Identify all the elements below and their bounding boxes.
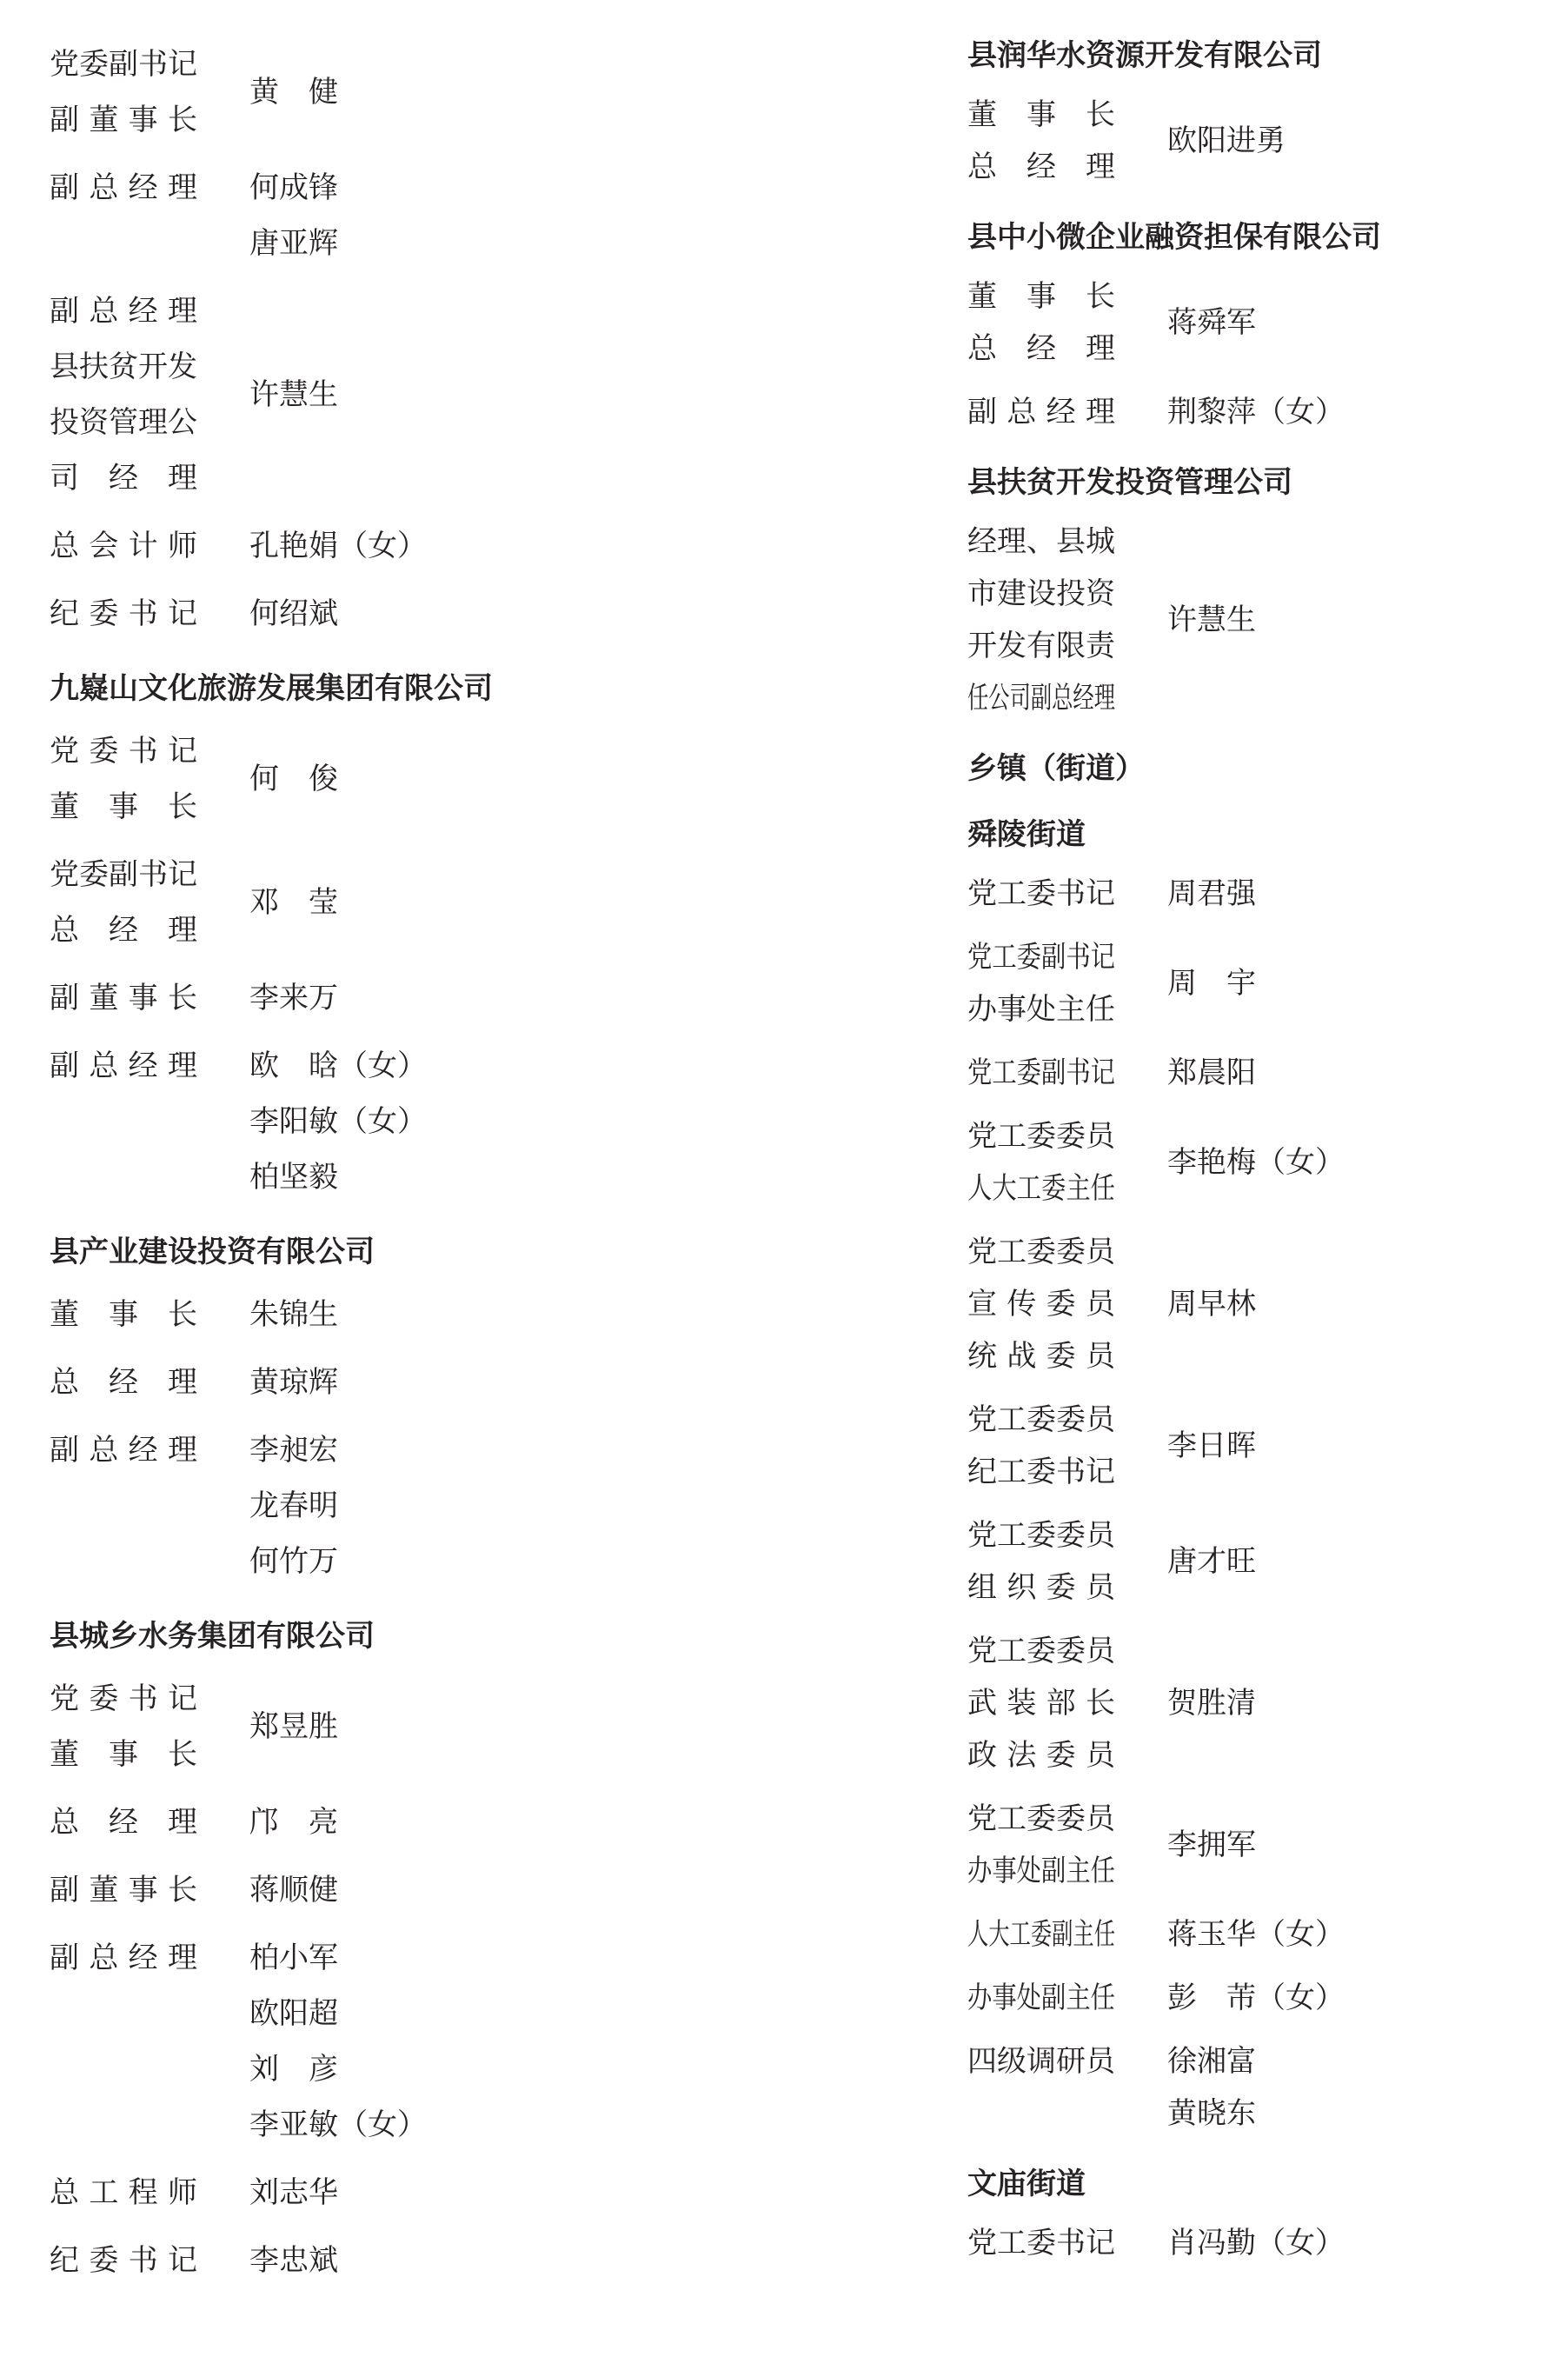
label-char: 长 [1086,90,1115,133]
label-char: 委 [1046,1731,1076,1774]
label-char: 委 [1027,1112,1056,1155]
person-names: 刘志华 [249,2161,606,2217]
position-label-line: 副总经理 [50,1035,197,1090]
position-label-line: 统战委员 [967,1327,1115,1379]
directory-entry: 总会计师孔艳娟（女） [50,515,606,570]
position-label: 董事长总经理 [967,267,1115,371]
label-char: 总 [89,163,118,206]
label-char: 长 [168,974,197,1016]
label-char: 市 [967,569,997,612]
label-char: 经 [1046,388,1076,430]
label-char: 纪 [50,2236,79,2279]
label-char: 工 [997,1511,1027,1554]
label-char: 委 [1027,869,1056,912]
label-char: 党 [967,1228,997,1270]
position-label: 纪委书记 [50,2229,197,2285]
position-label-line: 副董事长 [50,967,197,1022]
label-char: 委 [1056,1228,1086,1270]
label-char: 理 [1086,324,1115,367]
label-char: 总 [967,143,997,185]
label-char: 委 [79,40,109,83]
label-char: 董 [89,96,118,138]
person-name: 李忠斌 [249,2229,606,2285]
person-name: 黄晓东 [1167,2084,1541,2136]
section-header: 乡镇（街道） [967,732,1541,798]
directory-entry: 董事长总经理欧阳进勇 [967,85,1541,190]
label-char: 贫 [109,343,138,385]
label-char: 书 [1056,2219,1086,2261]
label-char: 员 [1086,1332,1115,1375]
person-name: 李亚敏（女） [249,2094,606,2149]
label-char: 委 [1056,1112,1086,1155]
label-char: 统 [967,1332,997,1375]
label-char: 委 [1056,1395,1086,1438]
person-names: 何 俊 [249,748,606,803]
label-char: 副 [109,40,138,83]
label-char: 员 [1086,1563,1115,1606]
label-char: 总 [50,522,79,564]
label-char: 任 [967,674,988,716]
person-names: 欧 晗（女）李阳敏（女）柏坚毅 [249,1035,606,1202]
label-char: 人 [967,1164,992,1207]
label-char: 任 [1091,1847,1115,1889]
directory-entry: 党委副书记总经理邓 莹 [50,843,606,955]
position-label-line: 党委书记 [50,720,197,776]
label-char: 总 [89,287,118,330]
directory-entry: 经理、县城市建设投资开发有限责任公司副总经理许慧生 [967,512,1541,721]
label-char: 工 [997,2219,1027,2261]
position-label: 党工委副书记 [967,1043,1115,1095]
label-char: 任 [1091,1164,1115,1207]
label-char: 董 [50,1290,79,1333]
label-char: 长 [168,96,197,138]
label-char: 董 [89,974,118,1016]
label-char: 员 [1086,1228,1115,1270]
label-char: 建 [997,569,1027,612]
directory-entry: 四级调研员徐湘富黄晓东 [967,2032,1541,2136]
label-char: 县 [50,343,79,385]
label-char: 长 [168,1730,197,1773]
person-names: 李来万 [249,967,606,1022]
label-char: 书 [129,727,158,769]
label-char: 投 [50,398,79,441]
document-page: 党委副书记副董事长黄 健副总经理何成锋唐亚辉副总经理县扶贫开发投资管理公司经理许… [0,0,1568,2357]
label-char: 总 [50,1798,79,1841]
person-names: 李昶宏龙春明何竹万 [249,1419,606,1586]
person-names: 欧阳进勇 [1167,111,1541,163]
label-char: 副 [50,287,79,330]
position-label-line: 党工委委员 [967,1390,1115,1442]
position-label-line: 总经理 [967,137,1115,190]
person-names: 彭 芾（女） [1167,1968,1541,2021]
person-names: 肖冯勤（女） [1167,2214,1541,2266]
label-char: 法 [1007,1731,1036,1774]
label-char: 副 [1041,1974,1066,2016]
position-label-line: 任公司副总经理 [967,669,1073,721]
position-label: 党工委书记 [967,2214,1115,2266]
position-label: 党工委委员人大工委主任 [967,1107,1115,1211]
label-char: 记 [168,727,197,769]
position-label-line: 副总经理 [50,1419,197,1475]
label-char: 副 [1041,933,1066,975]
position-label: 总经理 [50,1351,197,1407]
label-char: 总 [89,1934,118,1976]
label-char: 事 [129,1866,158,1908]
position-label: 副总经理 [50,156,197,212]
person-name: 何 俊 [249,748,606,803]
person-name: 邓 莹 [249,871,606,927]
person-names: 周早林 [1167,1275,1541,1327]
person-names: 周 宇 [1167,954,1541,1006]
label-char: 董 [50,1730,79,1773]
label-char: 董 [89,1866,118,1908]
label-char: 资 [79,398,109,441]
directory-entry: 党工委书记周君强 [967,864,1541,916]
person-names: 李忠斌 [249,2229,606,2285]
label-char: 投 [1056,569,1086,612]
label-char: 任 [1094,1910,1115,1953]
label-char: 理 [168,1934,197,1976]
person-name: 贺胜清 [1167,1674,1541,1726]
label-char: 工 [992,1049,1016,1091]
person-name: 蒋顺健 [249,1859,606,1914]
person-name: 李昶宏 [249,1419,606,1475]
position-label: 副总经理县扶贫开发投资管理公司经理 [50,280,197,503]
directory-entry: 副总经理何成锋唐亚辉 [50,156,606,268]
person-name: 柏坚毅 [249,1146,606,1202]
label-char: 党 [50,850,79,893]
position-label: 党委书记董事长 [50,720,197,831]
label-char: 委 [1027,2219,1056,2261]
label-char: 开 [967,622,997,664]
directory-entry: 党工委委员人大工委主任李艳梅（女） [967,1107,1541,1211]
label-char: 记 [168,1675,197,1717]
person-name: 蒋玉华（女） [1167,1905,1541,1957]
person-names: 李拥军 [1167,1815,1541,1868]
label-char: 记 [1086,1448,1115,1490]
label-char: 有 [1027,622,1056,664]
position-label-line: 党工委书记 [967,864,1115,916]
label-char: 长 [1086,1679,1115,1721]
label-char: 纪 [967,1448,997,1490]
position-label: 党工委委员纪工委书记 [967,1390,1115,1495]
position-label: 副总经理 [50,1927,197,1982]
label-char: 记 [1086,869,1115,912]
directory-entry: 副总经理荆黎萍（女） [967,383,1541,435]
person-names: 黄 健 [249,61,606,117]
label-char: 事 [1027,272,1056,315]
person-names: 郑晨阳 [1167,1043,1541,1095]
position-label-line: 武装部长 [967,1674,1115,1726]
label-char: 党 [50,727,79,769]
directory-entry: 办事处副主任彭 芾（女） [967,1968,1541,2021]
label-char: 副 [50,1426,79,1468]
label-char: 处 [1027,985,1056,1028]
label-char: 事 [997,985,1027,1028]
label-char: 董 [50,782,79,825]
position-label-line: 县扶贫开发 [50,336,197,391]
position-label-line: 开发有限责 [967,616,1115,669]
position-label: 董事长 [50,1283,197,1339]
label-char: 开 [138,343,168,385]
person-names: 何绍斌 [249,583,606,638]
label-char: 理 [168,1426,197,1468]
label-char: 计 [129,522,158,564]
person-names: 柏小军欧阳超刘 彦李亚敏（女） [249,1927,606,2149]
label-char: 书 [138,40,168,83]
directory-entry: 董事长总经理蒋舜军 [967,267,1541,371]
label-char: 委 [1041,1164,1066,1207]
label-char: 程 [129,2168,158,2211]
label-char: 调 [1027,2037,1056,2080]
directory-entry: 党工委委员办事处副主任李拥军 [967,1789,1541,1894]
person-name: 刘 彦 [249,2038,606,2094]
person-name: 李日晖 [1167,1416,1541,1468]
label-char: 经 [109,1358,138,1401]
person-name: 欧 晗（女） [249,1035,606,1090]
position-label-line: 副董事长 [50,89,197,144]
position-label-line: 经理、县城 [967,512,1115,564]
label-char: 师 [168,2168,197,2211]
person-name: 李来万 [249,967,606,1022]
label-char: 委 [1027,1395,1056,1438]
label-char: 副 [967,388,997,430]
label-char: 委 [1056,1511,1086,1554]
person-name: 黄 健 [249,61,606,117]
person-names: 周君强 [1167,864,1541,916]
label-char: 主 [1066,1974,1090,2016]
label-char: 任 [1091,1974,1115,2016]
directory-column-right: 县润华水资源开发有限公司董事长总经理欧阳进勇县中小微企业融资担保有限公司董事长总… [967,0,1541,2277]
label-char: 发 [168,343,197,385]
person-name: 孔艳娟（女） [249,515,606,570]
label-char: 经 [129,1042,158,1084]
label-char: 大 [988,1910,1009,1953]
label-char: 副 [50,974,79,1016]
label-char: 副 [50,1866,79,1908]
label-char: 主 [1056,985,1086,1028]
position-label-line: 组织委员 [967,1558,1115,1610]
label-char: 级 [997,2037,1027,2080]
position-label: 副总经理 [50,1419,197,1475]
label-char: 总 [89,1042,118,1084]
person-name: 肖冯勤（女） [1167,2214,1541,2266]
label-char: 织 [1007,1563,1036,1606]
label-char: 委 [1027,1794,1056,1837]
directory-entry: 党工委委员宣传委员统战委员周早林 [967,1222,1541,1379]
label-char: 员 [1086,1794,1115,1837]
position-label-line: 党工委副书记 [967,928,1091,980]
label-char: 党 [50,40,79,83]
label-char: 委 [89,727,118,769]
person-names: 蒋玉华（女） [1167,1905,1541,1957]
label-char: 员 [1086,2037,1115,2080]
label-char: 委 [89,1675,118,1717]
position-label-line: 副总经理 [50,1927,197,1982]
label-char: 理 [997,517,1027,560]
label-char: 副 [1052,1910,1073,1953]
position-label: 党工委委员办事处副主任 [967,1789,1115,1894]
position-label: 董事长总经理 [967,85,1115,190]
person-name: 许慧生 [1167,590,1541,643]
position-label: 总经理 [50,1791,197,1847]
label-char: 事 [109,1290,138,1333]
directory-entry: 党工委委员纪工委书记李日晖 [967,1390,1541,1495]
position-label: 党委副书记总经理 [50,843,197,955]
label-char: 党 [967,1627,997,1669]
label-char: 记 [1086,2219,1115,2261]
person-names: 何成锋唐亚辉 [249,156,606,268]
label-char: 长 [168,1290,197,1333]
person-name: 何成锋 [249,156,606,212]
directory-entry: 副董事长蒋顺健 [50,1859,606,1914]
directory-entry: 副董事长李来万 [50,967,606,1022]
position-label-line: 党工委委员 [967,1506,1115,1558]
label-char: 委 [1017,933,1041,975]
label-char: 记 [168,2236,197,2279]
label-char: 处 [1017,1974,1041,2016]
label-char: 办 [967,985,997,1028]
position-label-line: 市建设投资 [967,564,1115,616]
person-name: 欧阳进勇 [1167,111,1541,163]
position-label: 党工委书记 [967,864,1115,916]
label-char: 主 [1066,1847,1090,1889]
person-name: 何竹万 [249,1530,606,1586]
label-char: 工 [89,2168,118,2211]
label-char: 总 [50,2168,79,2211]
person-name: 何绍斌 [249,583,606,638]
position-label: 纪委书记 [50,583,197,638]
section-header: 县城乡水务集团有限公司 [50,1598,606,1668]
label-char: 员 [1086,1395,1115,1438]
label-char: 事 [992,1847,1016,1889]
directory-entry: 党委书记董事长何 俊 [50,720,606,831]
section-header: 县润华水资源开发有限公司 [967,19,1541,85]
person-name: 欧阳超 [249,1982,606,2038]
person-name: 周早林 [1167,1275,1541,1327]
label-char: 委 [1027,1627,1056,1669]
label-char: 工 [997,1448,1027,1490]
directory-entry: 党工委委员武装部长政法委员贺胜清 [967,1621,1541,1778]
label-char: 研 [1056,2037,1086,2080]
label-char: 设 [1027,569,1056,612]
label-char: 经 [129,1426,158,1468]
label-char: 长 [168,782,197,825]
directory-entry: 总经理邝 亮 [50,1791,606,1847]
position-label-line: 办事处副主任 [967,1841,1091,1894]
person-names: 邓 莹 [249,871,606,927]
label-char: 董 [967,272,997,315]
label-char: 理 [1086,388,1115,430]
label-char: 四 [967,2037,997,2080]
label-char: 经 [967,517,997,560]
label-char: 经 [1027,324,1056,367]
position-label: 办事处副主任 [967,1968,1115,2021]
directory-entry: 党工委书记肖冯勤（女） [967,2214,1541,2266]
label-char: 员 [1086,1511,1115,1554]
label-char: 书 [1056,869,1086,912]
position-label: 党委书记董事长 [50,1668,197,1779]
person-name: 彭 芾（女） [1167,1968,1541,2021]
label-char: 工 [997,1228,1027,1270]
directory-entry: 副总经理县扶贫开发投资管理公司经理许慧生 [50,280,606,503]
directory-entry: 纪委书记何绍斌 [50,583,606,638]
position-label-line: 党工委书记 [967,2214,1115,2266]
person-name: 荆黎萍（女） [1167,383,1541,435]
label-char: 部 [1046,1679,1076,1721]
label-char: 城 [1086,517,1115,560]
label-char: 员 [1086,1280,1115,1322]
label-char: 总 [1052,674,1073,716]
label-char: 委 [1046,1280,1076,1322]
section-header: 县中小微企业融资担保有限公司 [967,201,1541,267]
label-char: 党 [967,869,997,912]
directory-entry: 总工程师刘志华 [50,2161,606,2217]
label-char: 司 [1010,674,1031,716]
position-label-line: 司经理 [50,447,197,503]
label-char: 公 [988,674,1009,716]
label-char: 党 [967,1395,997,1438]
person-names: 邝 亮 [249,1791,606,1847]
section-header: 九嶷山文化旅游发展集团有限公司 [50,650,606,720]
label-char: 宣 [967,1280,997,1322]
label-char: 工 [992,933,1016,975]
label-char: 组 [967,1563,997,1606]
label-char: 总 [967,324,997,367]
label-char: 员 [1086,1731,1115,1774]
position-label: 副总经理 [50,1035,197,1090]
section-header: 县产业建设投资有限公司 [50,1214,606,1283]
label-char: 长 [1086,272,1115,315]
position-label-line: 副总经理 [967,383,1115,435]
label-char: 工 [997,1112,1027,1155]
position-label-line: 投资管理公 [50,391,197,447]
section-header: 文庙街道 [967,2147,1541,2214]
label-char: 理 [1094,674,1115,716]
position-label: 副总经理 [967,383,1115,435]
person-name: 黄琼辉 [249,1351,606,1407]
label-char: 人 [967,1910,988,1953]
label-char: 会 [89,522,118,564]
label-char: 委 [79,850,109,893]
label-char: 书 [1066,933,1090,975]
label-char: 装 [1007,1679,1036,1721]
position-label: 党工委委员组织委员 [967,1506,1115,1610]
person-name: 蒋舜军 [1167,293,1541,345]
person-name: 李阳敏（女） [249,1090,606,1146]
label-char: 副 [50,96,79,138]
label-char: 经 [1027,143,1056,185]
person-names: 孔艳娟（女） [249,515,606,570]
label-char: 事 [992,1974,1016,2016]
label-char: 经 [129,1934,158,1976]
position-label-line: 办事处副主任 [967,1968,1091,2021]
position-label-line: 党工委副书记 [967,1043,1091,1095]
label-char: 委 [1031,1910,1052,1953]
person-names: 许慧生 [249,363,606,419]
label-char: 长 [168,1866,197,1908]
position-label-line: 四级调研员 [967,2032,1115,2084]
label-char: 委 [89,589,118,632]
label-char: 总 [50,1358,79,1401]
label-char: 工 [1017,1164,1041,1207]
position-label: 副董事长 [50,967,197,1022]
label-char: 事 [129,974,158,1016]
label-char: 理 [168,906,197,949]
position-label-line: 副董事长 [50,1859,197,1914]
label-char: 公 [168,398,197,441]
person-names: 荆黎萍（女） [1167,383,1541,435]
